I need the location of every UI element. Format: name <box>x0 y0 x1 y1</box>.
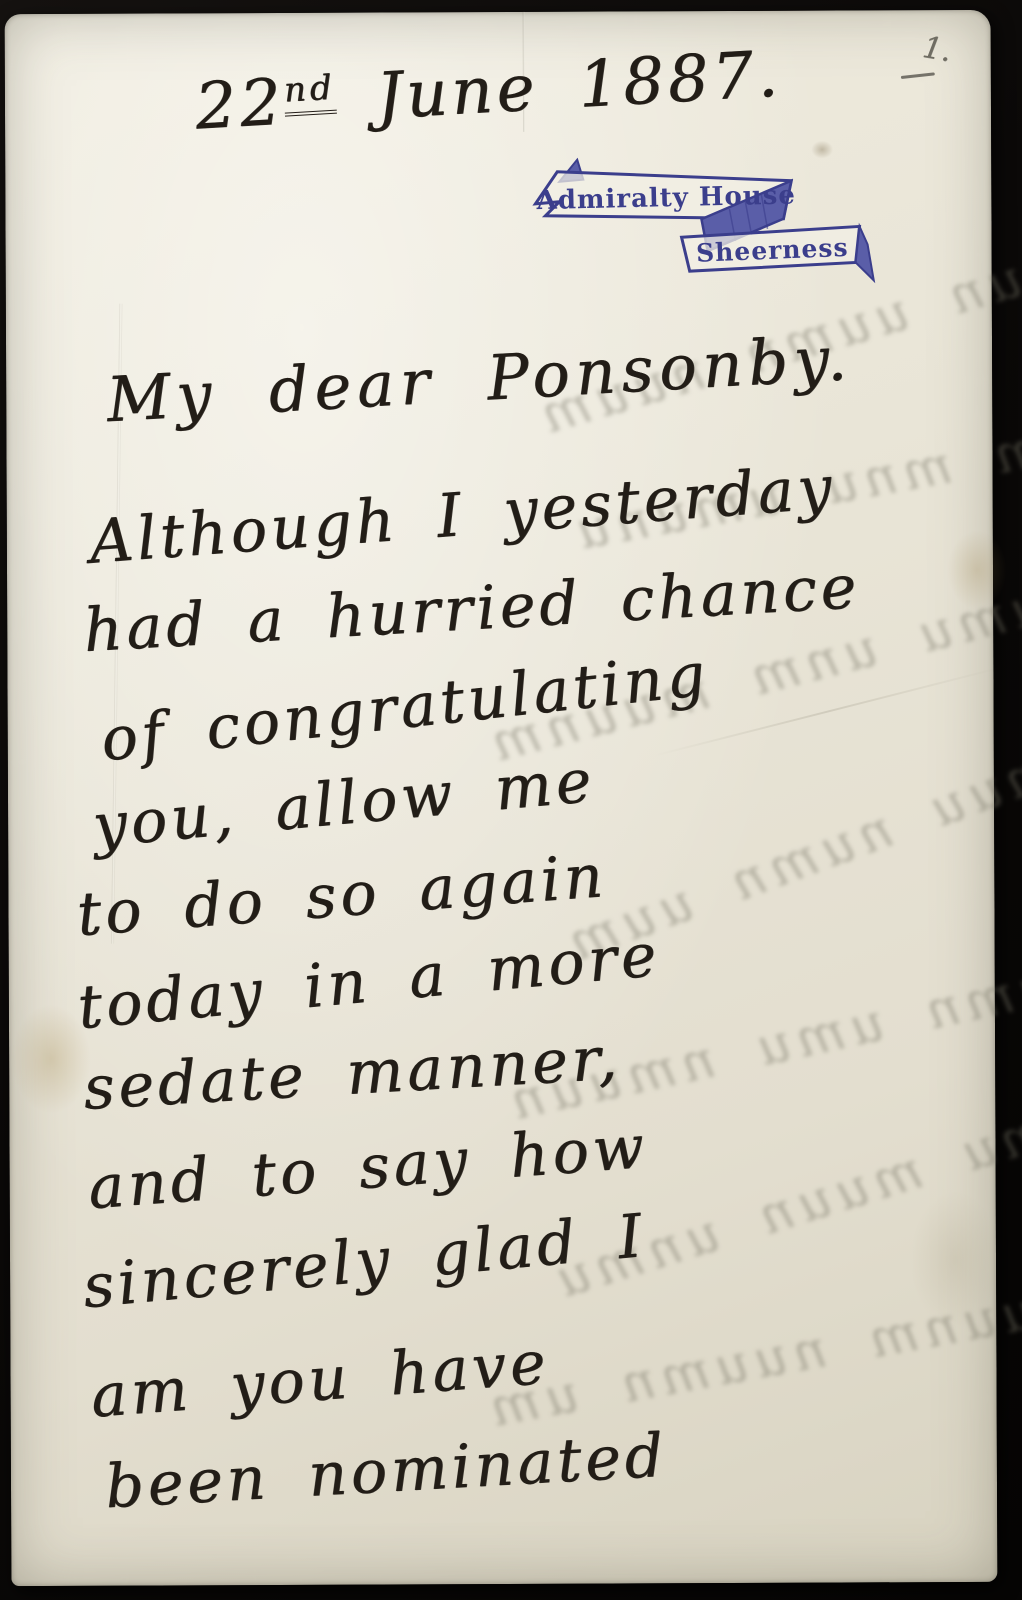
body-line: am you have <box>89 1328 552 1432</box>
letter-paper: mun uumn nuum uunm mnu umunu numu unm mu… <box>5 10 998 1586</box>
stamp-text-admiralty-house: Admiralty House <box>535 180 796 216</box>
body-line: been nominated <box>103 1421 669 1523</box>
body-line: sincerely glad I <box>80 1201 649 1322</box>
paper-stain <box>910 1190 1001 1330</box>
letterhead-stamp: Admiralty House Sheerness <box>529 156 882 286</box>
pencil-page-number-underline <box>901 72 935 79</box>
date-rest: June 1887. <box>374 37 783 134</box>
scanned-letter-photo: mun uumn nuum uunm mnu umunu numu unm mu… <box>0 0 1022 1600</box>
date-day: 22 <box>193 66 286 145</box>
date-line: 22nd June 1887. <box>193 37 783 144</box>
date-ordinal: nd <box>283 67 337 116</box>
show-through-ink: uunm nuumn um <box>480 1282 1022 1440</box>
pencil-page-number: 1. <box>920 30 954 69</box>
stamp-ribbon-tail <box>856 226 874 280</box>
salutation-line: My dear Ponsonby. <box>105 321 855 436</box>
paper-stain <box>947 530 1007 610</box>
body-line: sedate manner, <box>82 1023 623 1123</box>
body-line: and to say how <box>86 1112 651 1223</box>
stamp-text-sheerness: Sheerness <box>696 233 849 268</box>
